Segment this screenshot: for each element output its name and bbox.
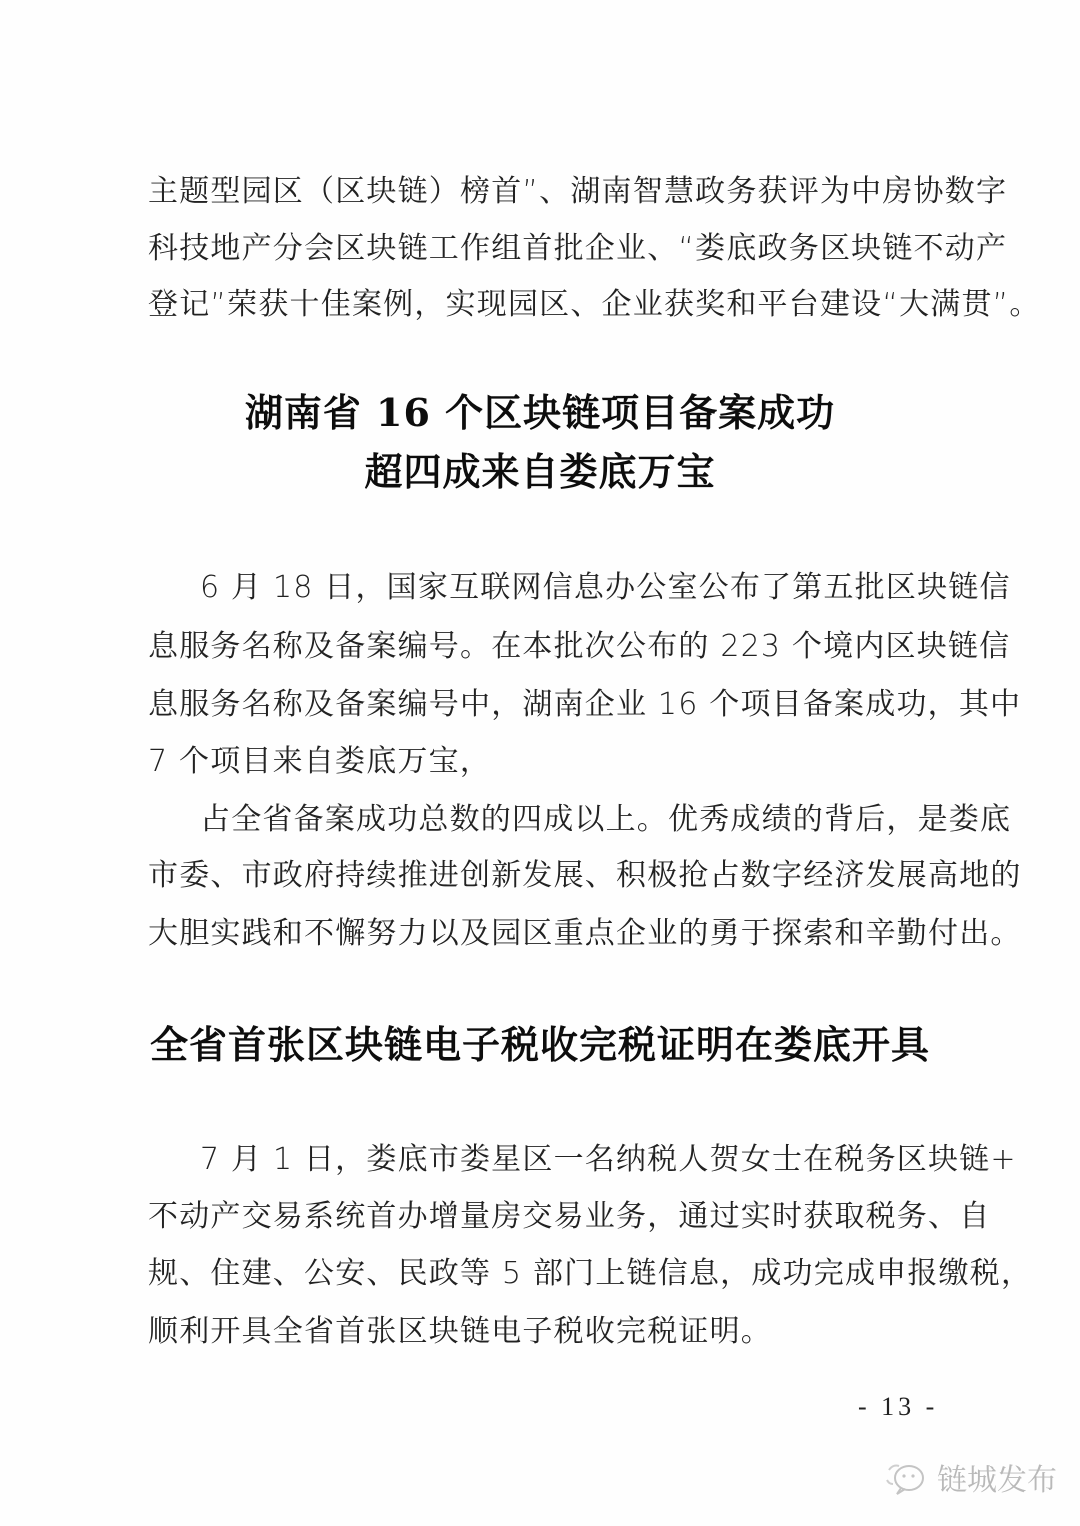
page-number: - 13 - (858, 1392, 938, 1422)
watermark-text: 链城发布 (937, 1455, 1057, 1499)
section2-para-line-2: 不动产交易系统首办增量房交易业务，通过实时获取税务、自 (148, 1197, 938, 1237)
section2-para-line-3: 规、住建、公安、民政等 5 部门上链信息，成功完成申报缴税， (148, 1254, 938, 1294)
wechat-icon (885, 1458, 929, 1496)
section1-para2-line-2: 市委、市政府持续推进创新发展、积极抢占数字经济发展高地的 (148, 856, 938, 896)
intro-line-2: 科技地产分会区块链工作组首批企业、“娄底政务区块链不动产 (148, 229, 938, 269)
section1-para1-line-4: 7 个项目来自娄底万宝， (148, 742, 938, 782)
section1-para1-line-2: 息服务名称及备案编号。在本批次公布的 223 个境内区块链信 (148, 627, 938, 667)
section1-heading-line-1: 湖南省 16 个区块链项目备案成功 (0, 388, 1080, 438)
section1-para1-line-1: 6 月 18 日，国家互联网信息办公室公布了第五批区块链信 (200, 568, 940, 608)
section1-heading-line-2: 超四成来自娄底万宝 (0, 447, 1080, 497)
section1-para2-line-3: 大胆实践和不懈努力以及园区重点企业的勇于探索和辛勤付出。 (148, 914, 938, 954)
intro-line-1: 主题型园区（区块链）榜首”、湖南智慧政务获评为中房协数字 (148, 172, 938, 212)
section1-para2-line-1: 占全省备案成功总数的四成以上。优秀成绩的背后，是娄底 (200, 800, 940, 840)
document-page: 主题型园区（区块链）榜首”、湖南智慧政务获评为中房协数字 科技地产分会区块链工作… (0, 0, 1080, 1526)
section2-heading: 全省首张区块链电子税收完税证明在娄底开具 (0, 1020, 1080, 1070)
section1-para1-line-3: 息服务名称及备案编号中，湖南企业 16 个项目备案成功，其中 (148, 685, 938, 725)
intro-line-3: 登记”荣获十佳案例，实现园区、企业获奖和平台建设“大满贯”。 (148, 285, 938, 325)
section2-para-line-4: 顺利开具全省首张区块链电子税收完税证明。 (148, 1312, 938, 1352)
section2-para-line-1: 7 月 1 日，娄底市娄星区一名纳税人贺女士在税务区块链+ (200, 1140, 940, 1180)
watermark: 链城发布 (885, 1455, 1057, 1499)
